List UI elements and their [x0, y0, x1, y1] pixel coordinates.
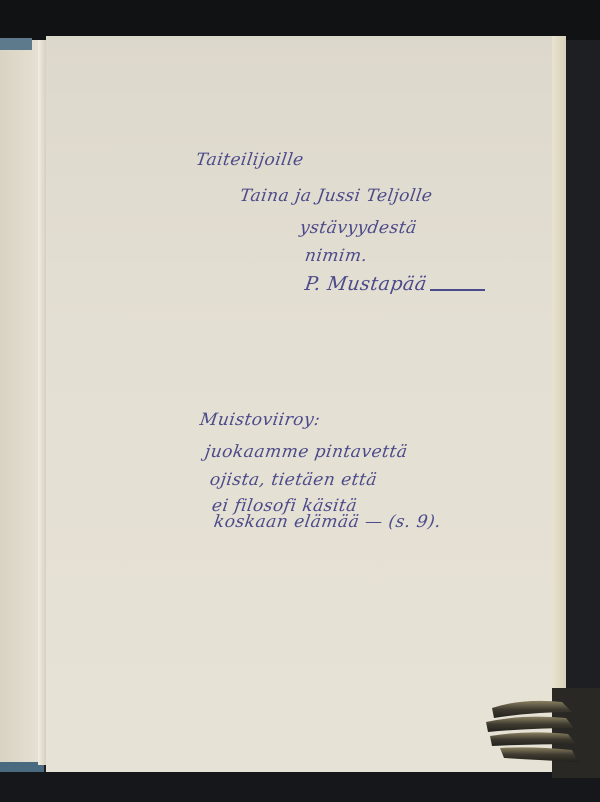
bronze-hand-bookend-icon	[482, 688, 600, 778]
dedication-line: Taiteilijoille	[195, 150, 305, 170]
signature-underline	[430, 289, 485, 291]
book-page	[46, 36, 554, 774]
page-fore-edge	[552, 36, 566, 736]
signature: P. Mustapää	[303, 273, 428, 295]
quote-line: koskaan elämää — (s. 9).	[213, 512, 443, 532]
dark-background	[0, 0, 600, 40]
quote-line: juokaamme pintavettä	[204, 442, 409, 462]
quote-line: ojista, tietäen että	[209, 470, 379, 490]
dedication-line: nimim.	[304, 246, 369, 266]
book-cover-top-corner	[0, 38, 32, 50]
dedication-line: ystävyydestä	[299, 218, 419, 238]
quote-line: Muistoviiroy:	[199, 410, 322, 430]
left-page-edge	[0, 40, 40, 772]
dedication-line: Taina ja Jussi Teljolle	[239, 186, 434, 206]
